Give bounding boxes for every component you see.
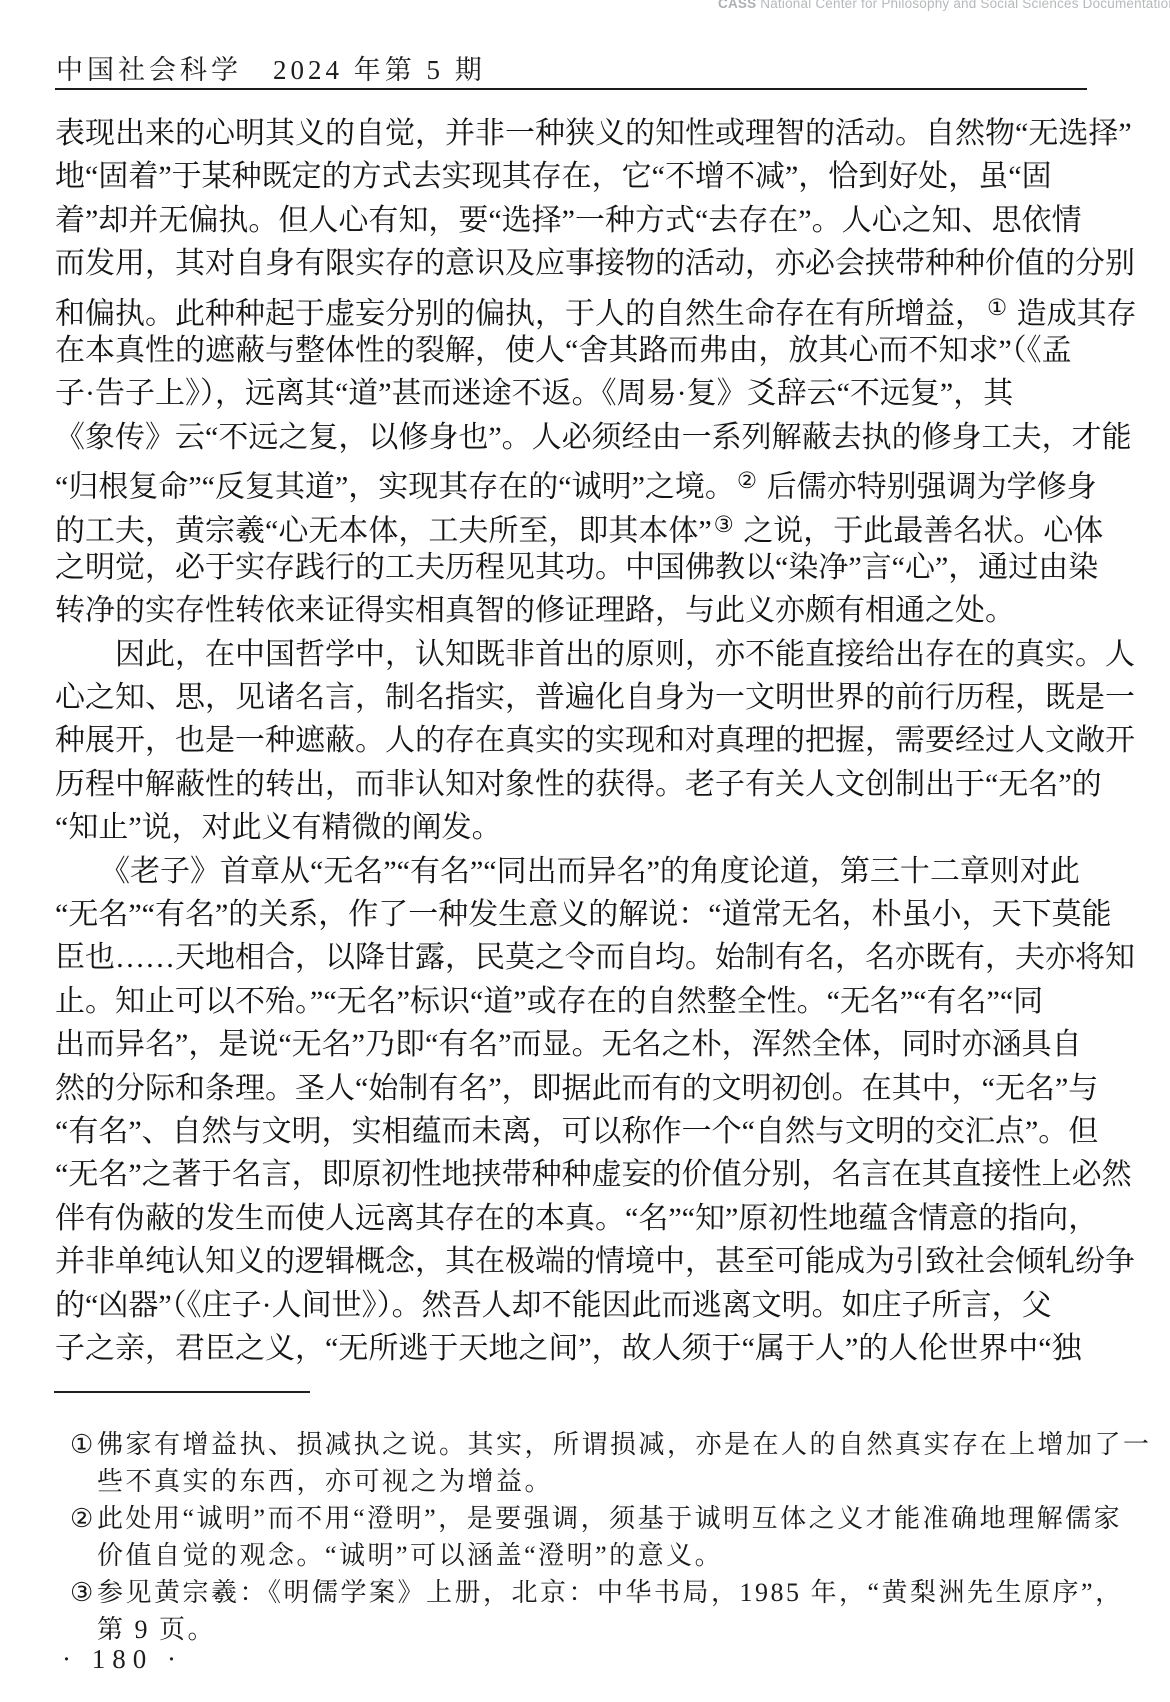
body-line: 在本真性的遮蔽与整体性的裂解，使人“舍其路而弗由，放其心而不知求”（《孟 — [55, 329, 1135, 372]
footnote-ref: ③ — [712, 512, 736, 537]
body-line: 子·告子上》），远离其“道”甚而迷途不返。《周易·复》爻辞云“不远复”，其 — [55, 372, 1135, 415]
body-line: “无名”之著于名言，即原初性地挟带种种虚妄的价值分别，名言在其直接性上必然 — [55, 1153, 1135, 1196]
body-line: 转净的实存性转依来证得实相真智的修证理路，与此义亦颇有相通之处。 — [55, 589, 1135, 632]
body-line: 因此，在中国哲学中，认知既非首出的原则，亦不能直接给出存在的真实。人 — [55, 633, 1135, 676]
body-line: “知止”说，对此义有精微的阐发。 — [55, 806, 1135, 849]
watermark: CASS National Center for Philosophy and … — [718, 0, 1170, 11]
watermark-brand: CASS — [718, 0, 756, 11]
body-line: 《老子》首章从“无名”“有名”“同出而异名”的角度论道，第三十二章则对此 — [55, 850, 1135, 893]
body-line: 而发用，其对自身有限实存的意识及应事接物的活动，亦必会挟带种种价值的分别 — [55, 242, 1135, 285]
footnote-line: 第 9 页。 — [97, 1611, 1135, 1648]
body-line: 然的分际和条理。圣人“始制有名”，即据此而有的文明初创。在其中，“无名”与 — [55, 1067, 1135, 1110]
body-line: 之明觉，必于实存践行的工夫历程见其功。中国佛教以“染净”言“心”，通过由染 — [55, 546, 1135, 589]
body-line: 历程中解蔽性的转出，而非认知对象性的获得。老子有关人文创制出于“无名”的 — [55, 763, 1135, 806]
body-line: 的工夫，黄宗羲“心无本体，工夫所至，即其本体”③ 之说，于此最善名状。心体 — [55, 503, 1135, 546]
body-line: 着”却并无偏执。但人心有知，要“选择”一种方式“去存在”。人心之知、思依情 — [55, 199, 1135, 242]
body-line: 并非单纯认知义的逻辑概念，其在极端的情境中，甚至可能成为引致社会倾轧纷争 — [55, 1240, 1135, 1283]
footnote-line: 此处用“诚明”而不用“澄明”，是要强调，须基于诚明互体之义才能准确地理解儒家 — [97, 1500, 1135, 1537]
footnote-separator — [54, 1391, 310, 1393]
footnote-ref: ① — [985, 295, 1009, 320]
footnote-line: 参见黄宗羲：《明儒学案》上册，北京：中华书局，1985 年，“黄梨洲先生原序”， — [97, 1574, 1135, 1611]
body-line: “无名”“有名”的关系，作了一种发生意义的解说：“道常无名，朴虽小，天下莫能 — [55, 893, 1135, 936]
body-line: 地“固着”于某种既定的方式去实现其存在，它“不增不减”，恰到好处，虽“固 — [55, 155, 1135, 198]
footnote-item: ②此处用“诚明”而不用“澄明”，是要强调，须基于诚明互体之义才能准确地理解儒家价… — [55, 1500, 1135, 1574]
paragraph: 表现出来的心明其义的自觉，并非一种狭义的知性或理智的活动。自然物“无选择”地“固… — [55, 112, 1135, 633]
footnote-marker: ① — [70, 1426, 96, 1463]
footnote-item: ③参见黄宗羲：《明儒学案》上册，北京：中华书局，1985 年，“黄梨洲先生原序”… — [55, 1574, 1135, 1648]
body-line: 心之知、思，见诸名言，制名指实，普遍化自身为一文明世界的前行历程，既是一 — [55, 676, 1135, 719]
body-line: 伴有伪蔽的发生而使人远离其存在的本真。“名”“知”原初性地蕴含情意的指向， — [55, 1197, 1135, 1240]
footnote-line: 佛家有增益执、损减执之说。其实，所谓损减，亦是在人的自然真实存在上增加了一 — [97, 1426, 1135, 1463]
paragraph: 因此，在中国哲学中，认知既非首出的原则，亦不能直接给出存在的真实。人心之知、思，… — [55, 633, 1135, 850]
footnotes: ①佛家有增益执、损减执之说。其实，所谓损减，亦是在人的自然真实存在上增加了一些不… — [55, 1426, 1135, 1648]
body-line: 和偏执。此种种起于虚妄分别的偏执，于人的自然生命存在有所增益，① 造成其存 — [55, 286, 1135, 329]
page-number: · 180 · — [62, 1644, 183, 1675]
journal-title: 中国社会科学 2024 年第 5 期 — [56, 48, 486, 87]
body-line: 臣也……天地相合，以降甘露，民莫之令而自均。始制有名，名亦既有，夫亦将知 — [55, 936, 1135, 979]
footnote-ref: ② — [735, 468, 759, 493]
body-line: “有名”、自然与文明，实相蕴而未离，可以称作一个“自然与文明的交汇点”。但 — [55, 1110, 1135, 1153]
footnote-line: 些不真实的东西，亦可视之为增益。 — [97, 1463, 1135, 1500]
body-line: 的“凶器”（《庄子·人间世》）。然吾人却不能因此而逃离文明。如庄子所言，父 — [55, 1284, 1135, 1327]
body-line: 子之亲，君臣之义，“无所逃于天地之间”，故人须于“属于人”的人伦世界中“独 — [55, 1327, 1135, 1370]
footnote-text: 参见黄宗羲：《明儒学案》上册，北京：中华书局，1985 年，“黄梨洲先生原序”，… — [97, 1574, 1135, 1648]
watermark-text: National Center for Philosophy and Socia… — [756, 0, 1170, 11]
header-rule — [55, 88, 1087, 90]
footnote-text: 此处用“诚明”而不用“澄明”，是要强调，须基于诚明互体之义才能准确地理解儒家价值… — [97, 1500, 1135, 1574]
footnote-marker: ③ — [70, 1574, 96, 1611]
article-body: 表现出来的心明其义的自觉，并非一种狭义的知性或理智的活动。自然物“无选择”地“固… — [55, 112, 1135, 1370]
body-line: 止。知止可以不殆。”“无名”标识“道”或存在的自然整全性。“无名”“有名”“同 — [55, 980, 1135, 1023]
body-line: 表现出来的心明其义的自觉，并非一种狭义的知性或理智的活动。自然物“无选择” — [55, 112, 1135, 155]
footnote-text: 佛家有增益执、损减执之说。其实，所谓损减，亦是在人的自然真实存在上增加了一些不真… — [97, 1426, 1135, 1500]
journal-page: CASS National Center for Philosophy and … — [0, 0, 1170, 1702]
footnote-marker: ② — [70, 1500, 96, 1537]
paragraph: 《老子》首章从“无名”“有名”“同出而异名”的角度论道，第三十二章则对此“无名”… — [55, 850, 1135, 1371]
footnote-item: ①佛家有增益执、损减执之说。其实，所谓损减，亦是在人的自然真实存在上增加了一些不… — [55, 1426, 1135, 1500]
body-line: “归根复命”“反复其道”，实现其存在的“诚明”之境。② 后儒亦特别强调为学修身 — [55, 459, 1135, 502]
body-line: 种展开，也是一种遮蔽。人的存在真实的实现和对真理的把握，需要经过人文敞开 — [55, 719, 1135, 762]
body-line: 《象传》云“不远之复，以修身也”。人必须经由一系列解蔽去执的修身工夫，才能 — [55, 416, 1135, 459]
footnote-line: 价值自觉的观念。“诚明”可以涵盖“澄明”的意义。 — [97, 1537, 1135, 1574]
body-line: 出而异名”，是说“无名”乃即“有名”而显。无名之朴，浑然全体，同时亦涵具自 — [55, 1023, 1135, 1066]
